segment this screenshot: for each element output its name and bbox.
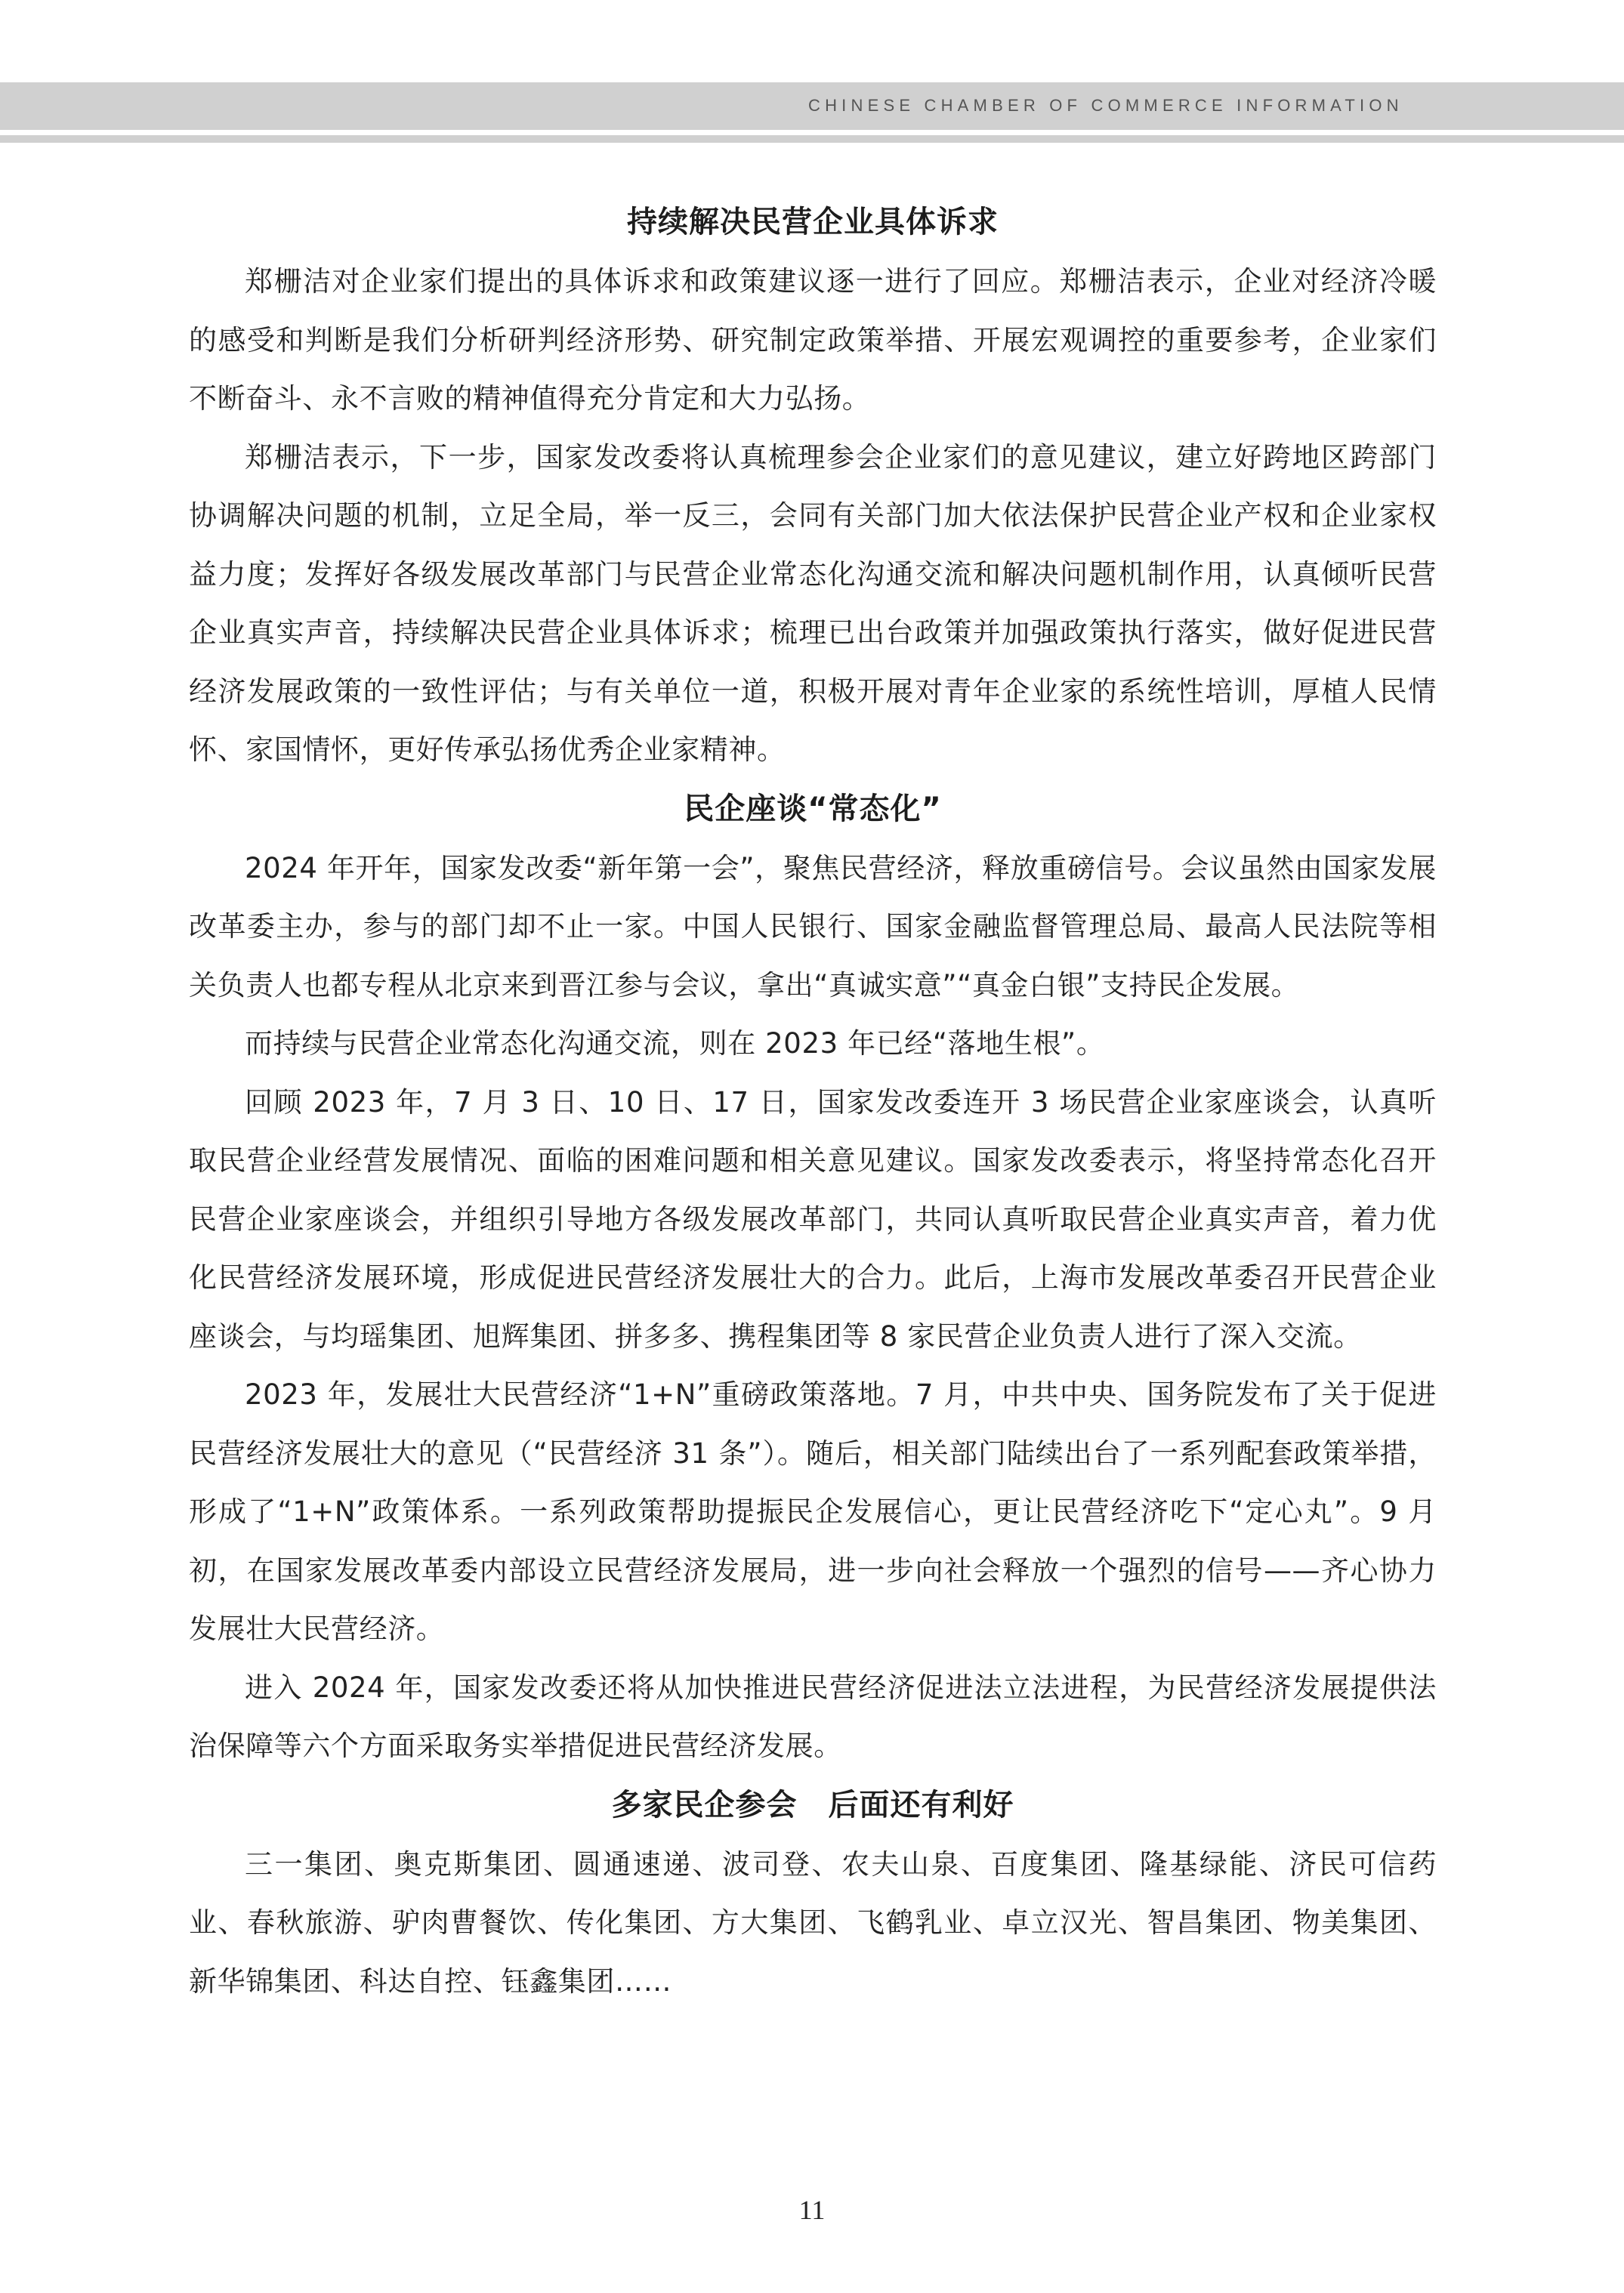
section-title: 多家民企参会 后面还有利好 — [189, 1776, 1437, 1835]
section-participating-companies: 多家民企参会 后面还有利好 三一集团、奥克斯集团、圆通速递、波司登、农夫山泉、百… — [189, 1776, 1437, 2011]
publication-name: CHINESE CHAMBER OF COMMERCE INFORMATION — [808, 97, 1403, 114]
paragraph: 2023 年，发展壮大民营经济“1+N”重磅政策落地。7 月，中共中央、国务院发… — [189, 1366, 1437, 1659]
paragraph: 三一集团、奥克斯集团、圆通速递、波司登、农夫山泉、百度集团、隆基绿能、济民可信药… — [189, 1835, 1437, 2011]
paragraph: 进入 2024 年，国家发改委还将从加快推进民营经济促进法立法进程，为民营经济发… — [189, 1659, 1437, 1776]
header-divider — [0, 135, 1624, 143]
running-header-band: CHINESE CHAMBER OF COMMERCE INFORMATION — [0, 82, 1624, 130]
paragraph: 而持续与民营企业常态化沟通交流，则在 2023 年已经“落地生根”。 — [189, 1014, 1437, 1073]
paragraph: 郑栅洁对企业家们提出的具体诉求和政策建议逐一进行了回应。郑栅洁表示，企业对经济冷… — [189, 252, 1437, 428]
page-number: 11 — [0, 2194, 1624, 2226]
paragraph: 2024 年开年，国家发改委“新年第一会”，聚焦民营经济，释放重磅信号。会议虽然… — [189, 839, 1437, 1015]
paragraph: 回顾 2023 年，7 月 3 日、10 日、17 日，国家发改委连开 3 场民… — [189, 1073, 1437, 1366]
section-title: 持续解决民营企业具体诉求 — [189, 193, 1437, 252]
paragraph: 郑栅洁表示，下一步，国家发改委将认真梳理参会企业家们的意见建议，建立好跨地区跨部… — [189, 428, 1437, 779]
section-title: 民企座谈“常态化” — [189, 779, 1437, 839]
section-normalized-symposium: 民企座谈“常态化” 2024 年开年，国家发改委“新年第一会”，聚焦民营经济，释… — [189, 779, 1437, 1776]
article-body: 持续解决民营企业具体诉求 郑栅洁对企业家们提出的具体诉求和政策建议逐一进行了回应… — [189, 193, 1437, 2011]
section-specific-demands: 持续解决民营企业具体诉求 郑栅洁对企业家们提出的具体诉求和政策建议逐一进行了回应… — [189, 193, 1437, 779]
